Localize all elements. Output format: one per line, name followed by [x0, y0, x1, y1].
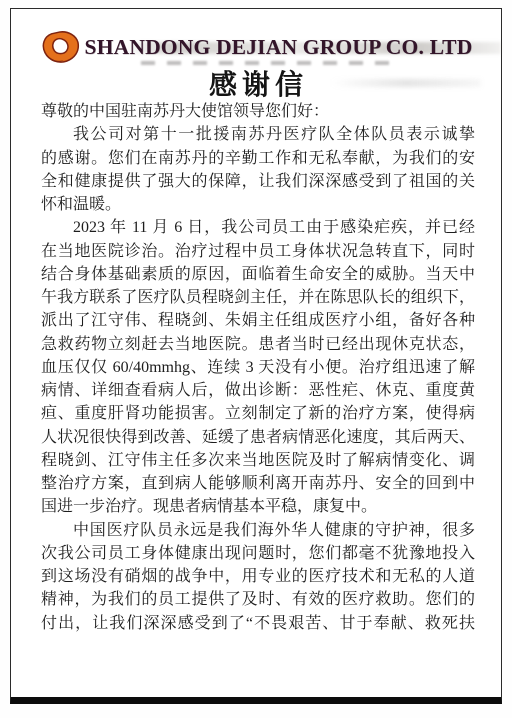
paragraph: 中国医疗队员永远是我们海外华人健康的守护神，很多 次我公司员工身体健康出现问题时… — [41, 519, 475, 635]
text-line: 我公司对第十一批援南苏丹医疗队全体队员表示诚挚 — [41, 123, 475, 146]
letter-page: SHANDONG DEJIAN GROUP CO. LTD 感谢信 尊敬的中国驻… — [10, 8, 502, 704]
text-line: 午我方联系了医疗队员程晓剑主任，并在陈思队长的组织下， — [41, 286, 475, 309]
paragraph: 2023 年 11 月 6 日，我公司员工由于感染疟疾，并已经 在当地医院诊治。… — [41, 216, 475, 518]
paragraph: 我公司对第十一批援南苏丹医疗队全体队员表示诚挚 的感谢。您们在南苏丹的辛勤工作和… — [41, 123, 475, 216]
company-logo-icon — [40, 31, 82, 63]
salutation: 尊敬的中国驻南苏丹大使馆领导您们好： — [41, 100, 475, 123]
text-line: 血压仅仅 60/40mmhg、连续 3 天没有小便。治疗组迅速了解 — [41, 356, 475, 379]
text-line: 2023 年 11 月 6 日，我公司员工由于感染疟疾，并已经 — [41, 216, 475, 239]
text-line: 急救药物立刻赶去当地医院。患者当时已经出现休克状态， — [41, 333, 475, 356]
text-line: 病情、详细查看病人后，做出诊断：恶性疟、休克、重度黄 — [41, 379, 475, 402]
text-line: 付出，让我们深深感受到了“不畏艰苦、甘于奉献、救死扶 — [41, 612, 475, 635]
text-line: 派出了江守伟、程晓剑、朱娟主任组成医疗小组，备好各种 — [41, 309, 475, 332]
text-line: 精神，为我们的员工提供了及时、有效的医疗救助。您们的 — [41, 588, 475, 611]
text-line: 整治疗方案，直到病人能够顺利离开南苏丹、安全的回到中 — [41, 472, 475, 495]
text-line: 国进一步治疗。现患者病情基本平稳，康复中。 — [41, 495, 475, 518]
text-line: 在当地医院诊治。治疗过程中员工身体状况急转直下，同时 — [41, 240, 475, 263]
text-line: 程晓剑、江守伟主任多次来当地医院及时了解病情变化、调 — [41, 449, 475, 472]
text-line: 到这场没有硝烟的战争中，用专业的医疗技术和无私的人道 — [41, 565, 475, 588]
text-line: 次我公司员工身体健康出现问题时，您们都毫不犹豫地投入 — [41, 542, 475, 565]
text-line: 结合身体基础素质的原因，面临着生命安全的威胁。当天中 — [41, 263, 475, 286]
text-line: 全和健康提供了强大的保障，让我们深深感受到了祖国的关 — [41, 170, 475, 193]
company-name: SHANDONG DEJIAN GROUP CO. LTD — [85, 35, 473, 60]
letter-body: 尊敬的中国驻南苏丹大使馆领导您们好： 我公司对第十一批援南苏丹医疗队全体队员表示… — [41, 100, 475, 635]
text-line: 人状况很快得到改善、延缓了患者病情恶化速度，其后两天、 — [41, 426, 475, 449]
text-line: 疸、重度肝肾功能损害。立刻制定了新的治疗方案，使得病 — [41, 402, 475, 425]
text-line: 中国医疗队员永远是我们海外华人健康的守护神，很多 — [41, 519, 475, 542]
letter-title: 感谢信 — [11, 63, 501, 103]
text-line: 怀和温暖。 — [41, 193, 475, 216]
screenshot-canvas: SHANDONG DEJIAN GROUP CO. LTD 感谢信 尊敬的中国驻… — [0, 0, 512, 718]
text-line: 的感谢。您们在南苏丹的辛勤工作和无私奉献，为我们的安 — [41, 147, 475, 170]
letterhead: SHANDONG DEJIAN GROUP CO. LTD — [11, 29, 501, 65]
